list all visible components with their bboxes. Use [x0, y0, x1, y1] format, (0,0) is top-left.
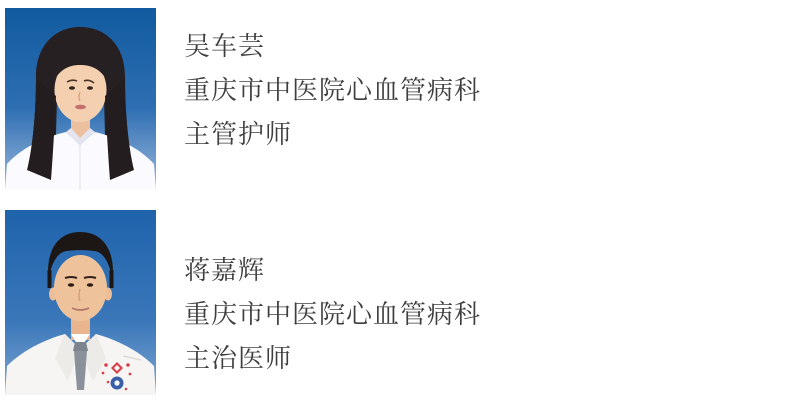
- profile-card-doctor: 蒋嘉辉 重庆市中医院心血管病科 主治医师: [5, 210, 481, 395]
- female-portrait-illustration: [5, 8, 156, 190]
- profile-department: 重庆市中医院心血管病科: [184, 293, 481, 337]
- profile-name: 吴车芸: [184, 25, 481, 69]
- profile-photo-female: [5, 8, 156, 190]
- profile-photo-male: [5, 210, 156, 395]
- profile-department: 重庆市中医院心血管病科: [184, 69, 481, 113]
- profile-card-nurse: 吴车芸 重庆市中医院心血管病科 主管护师: [5, 8, 481, 190]
- profile-job-title: 主治医师: [184, 337, 481, 381]
- profile-info: 蒋嘉辉 重庆市中医院心血管病科 主治医师: [184, 210, 481, 381]
- profile-name: 蒋嘉辉: [184, 249, 481, 293]
- profile-info: 吴车芸 重庆市中医院心血管病科 主管护师: [184, 8, 481, 157]
- profile-job-title: 主管护师: [184, 113, 481, 157]
- staff-profiles-page: 吴车芸 重庆市中医院心血管病科 主管护师: [0, 0, 800, 403]
- male-portrait-illustration: [5, 210, 156, 395]
